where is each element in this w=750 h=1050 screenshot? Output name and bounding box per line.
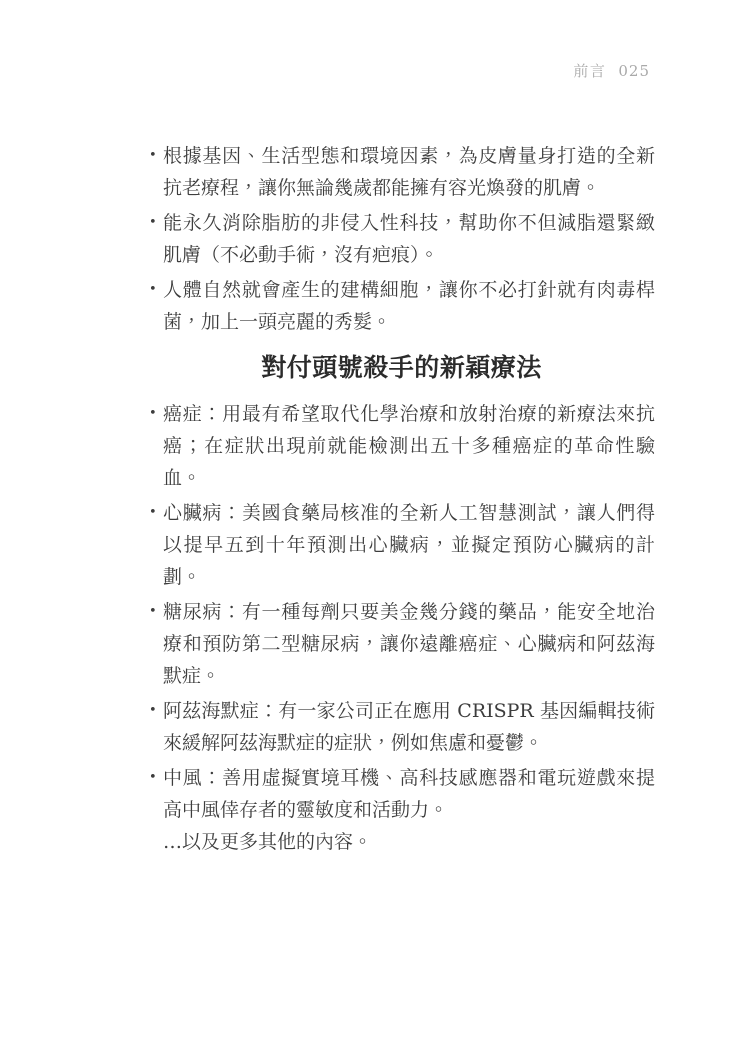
page-number: 025 (618, 62, 650, 80)
list-item: • 根據基因、生活型態和環境因素，為皮膚量身打造的全新抗老療程，讓你無論幾歲都能… (148, 140, 655, 204)
book-page: 前言025 • 根據基因、生活型態和環境因素，為皮膚量身打造的全新抗老療程，讓你… (0, 0, 750, 1050)
list-item: • 癌症：用最有希望取代化學治療和放射治療的新療法來抗癌；在症狀出現前就能檢測出… (148, 398, 655, 494)
page-content: • 根據基因、生活型態和環境因素，為皮膚量身打造的全新抗老療程，讓你無論幾歲都能… (148, 140, 655, 861)
therapies-list: • 癌症：用最有希望取代化學治療和放射治療的新療法來抗癌；在症狀出現前就能檢測出… (148, 398, 655, 858)
bullet-icon: • (149, 207, 157, 239)
list-item-text: 中風：善用虛擬實境耳機、高科技感應器和電玩遊戲來提高中風倖存者的靈敏度和活動力。 (163, 767, 655, 821)
chapter-label: 前言 (573, 62, 606, 80)
bullet-icon: • (149, 497, 157, 529)
running-header: 前言025 (573, 60, 650, 81)
closing-line: …以及更多其他的內容。 (163, 826, 655, 858)
bullet-icon: • (149, 596, 157, 628)
section-heading: 對付頭號殺手的新穎療法 (148, 348, 655, 388)
bullet-icon: • (149, 274, 157, 306)
list-item-text: 人體自然就會產生的建構細胞，讓你不必打針就有肉毒桿菌，加上一頭亮麗的秀髮。 (163, 279, 655, 333)
list-item: • 糖尿病：有一種每劑只要美金幾分錢的藥品，能安全地治療和預防第二型糖尿病，讓你… (148, 596, 655, 692)
list-item-text: 心臟病：美國食藥局核准的全新人工智慧測試，讓人們得以提早五到十年預測出心臟病，並… (163, 502, 655, 588)
list-item: • 能永久消除脂肪的非侵入性科技，幫助你不但減脂還緊緻肌膚（不必動手術，沒有疤痕… (148, 207, 655, 271)
bullet-icon: • (149, 140, 157, 172)
list-item: • 中風：善用虛擬實境耳機、高科技感應器和電玩遊戲來提高中風倖存者的靈敏度和活動… (148, 762, 655, 858)
list-item-text: 能永久消除脂肪的非侵入性科技，幫助你不但減脂還緊緻肌膚（不必動手術，沒有疤痕）。 (163, 212, 655, 266)
list-item: • 心臟病：美國食藥局核准的全新人工智慧測試，讓人們得以提早五到十年預測出心臟病… (148, 497, 655, 593)
list-item: • 人體自然就會產生的建構細胞，讓你不必打針就有肉毒桿菌，加上一頭亮麗的秀髮。 (148, 274, 655, 338)
list-item-text: 癌症：用最有希望取代化學治療和放射治療的新療法來抗癌；在症狀出現前就能檢測出五十… (163, 403, 655, 489)
list-item: • 阿茲海默症：有一家公司正在應用 CRISPR 基因編輯技術來緩解阿茲海默症的… (148, 695, 655, 759)
list-item-text: 糖尿病：有一種每劑只要美金幾分錢的藥品，能安全地治療和預防第二型糖尿病，讓你遠離… (163, 601, 655, 687)
list-item-text: 根據基因、生活型態和環境因素，為皮膚量身打造的全新抗老療程，讓你無論幾歲都能擁有… (163, 145, 655, 199)
bullet-icon: • (149, 762, 157, 794)
bullet-icon: • (149, 695, 157, 727)
bullet-icon: • (149, 398, 157, 430)
intro-benefits-list: • 根據基因、生活型態和環境因素，為皮膚量身打造的全新抗老療程，讓你無論幾歲都能… (148, 140, 655, 338)
list-item-text: 阿茲海默症：有一家公司正在應用 CRISPR 基因編輯技術來緩解阿茲海默症的症狀… (163, 700, 655, 754)
